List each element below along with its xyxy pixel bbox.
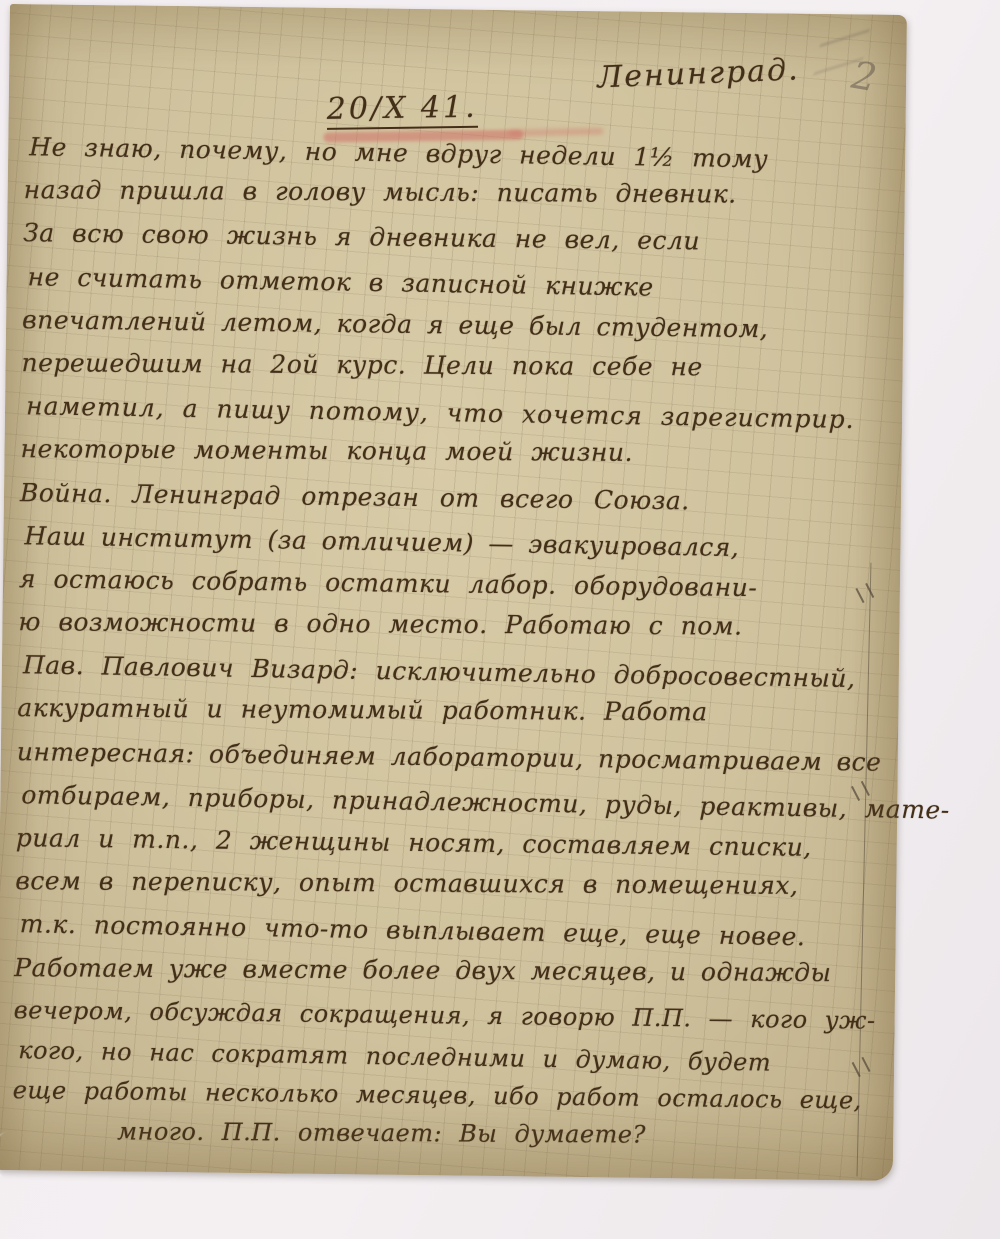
handwritten-line: много. П.П. отвечает: Вы думаете? [117, 1117, 884, 1162]
handwritten-line: назад пришла в голову мысль: писать днев… [24, 175, 896, 224]
diary-body-text: Не знаю, почему, но мне вдруг недели 1½ … [12, 132, 896, 1166]
diary-page: Ленинград. 2 20/X 41. Не знаю, почему, н… [0, 4, 907, 1181]
handwritten-line: ю возможности в одно место. Работаю с по… [18, 607, 890, 656]
handwritten-line: аккуратный и неутомимый работник. Работа [17, 694, 889, 743]
date-text: 20/X 41. [327, 90, 478, 130]
handwritten-line: Работаем уже вместе более двух месяцев, … [14, 953, 886, 1002]
page-corner-curl [0, 1132, 21, 1178]
red-pencil-underline-trail [508, 128, 603, 137]
date-heading: 20/X 41. [327, 90, 478, 127]
handwritten-line: перешедшим на 2ой курс. Цели пока себе н… [21, 348, 893, 397]
handwritten-line: всем в переписку, опыт оставшихся в поме… [15, 866, 887, 915]
location-header: Ленинград. [597, 52, 801, 95]
handwritten-line: некоторые моменты конца моей жизни. [20, 434, 892, 483]
